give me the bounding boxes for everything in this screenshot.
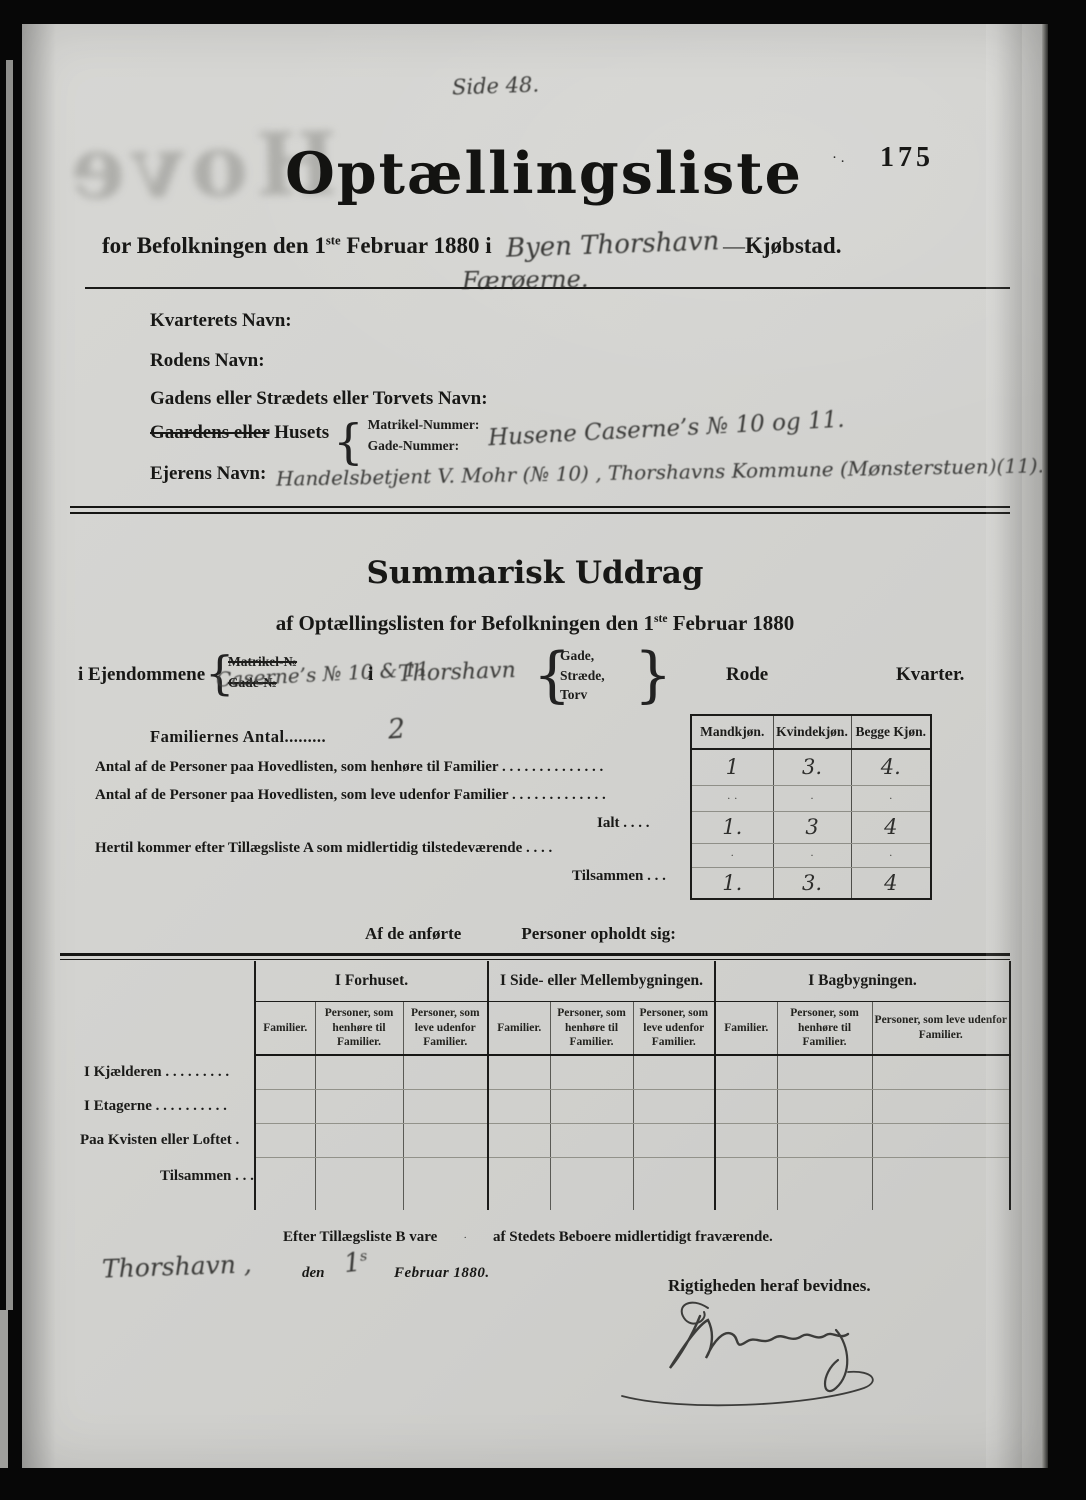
empty-cell xyxy=(777,1195,872,1210)
stamped-page-number: 175 xyxy=(880,142,934,174)
group-mellembygning: I Side- eller Mellembygningen. xyxy=(488,961,715,1002)
empty-cell xyxy=(715,1157,777,1195)
summary-row-udenfor: Antal af de Personer paa Hovedlisten, so… xyxy=(95,787,606,804)
row-label-tilsammen: Tilsammen . . . xyxy=(60,1157,255,1195)
document-page: Hove Side 48. Optællingsliste · . 175 fo… xyxy=(22,24,1048,1468)
residence-line-part2: Personer opholdt sig: xyxy=(521,924,676,943)
empty-cell xyxy=(777,1123,872,1157)
cell-dots: · xyxy=(691,843,773,867)
row-label-kjaelderen: I Kjælderen . . . . . . . . . xyxy=(60,1055,255,1089)
summary-subheading: af Optællingslisten for Befolkningen den… xyxy=(35,611,1035,636)
empty-cell xyxy=(315,1123,403,1157)
familier-count-handwritten: 2 xyxy=(387,713,406,745)
corner-cell xyxy=(60,1195,255,1210)
sub-familier: Familier. xyxy=(488,1002,550,1056)
empty-cell xyxy=(403,1123,488,1157)
empty-cell xyxy=(550,1089,633,1123)
header-rule xyxy=(85,287,1010,289)
field-label-gade: Gadens eller Strædets eller Torvets Navn… xyxy=(150,388,488,410)
cell-dots: · xyxy=(851,785,931,811)
cell-dots: · xyxy=(773,785,851,811)
empty-cell xyxy=(777,1157,872,1195)
field-label-ejer: Ejerens Navn: xyxy=(150,463,266,484)
empty-cell xyxy=(403,1055,488,1089)
option-gade: Gade, xyxy=(560,648,594,663)
tillaeg-b-part2: af Stedets Beboere midlertidigt fraværen… xyxy=(493,1229,773,1245)
totals-table: Mandkjøn. Kvindekjøn. Begge Kjøn. 1 3. 4… xyxy=(690,714,932,900)
totals-row-henhore: 1 3. 4. xyxy=(691,749,931,785)
totals-row-tillaeg-a: · · · xyxy=(691,843,931,867)
empty-cell xyxy=(633,1157,715,1195)
empty-cell xyxy=(715,1195,777,1210)
summary-row-familier: Familiernes Antal......... xyxy=(150,727,326,747)
cell-value: 4. xyxy=(851,749,931,785)
totals-row-tilsammen: 1. 3. 4 xyxy=(691,867,931,899)
empty-cell xyxy=(550,1123,633,1157)
empty-cell xyxy=(255,1123,315,1157)
empty-cell xyxy=(633,1123,715,1157)
subtitle-printed-prefix: for Befolkningen den 1ste Februar 1880 i xyxy=(102,233,492,258)
film-edge-sliver xyxy=(6,60,13,1310)
sub-udenfor: Personer, som leve udenfor Familier. xyxy=(403,1002,488,1056)
cell-value: 1. xyxy=(691,867,773,899)
building-table-top-rule xyxy=(60,953,1010,960)
property-prefix: i Ejendommene xyxy=(78,664,205,686)
sub-familier: Familier. xyxy=(255,1002,315,1056)
empty-cell xyxy=(777,1055,872,1089)
subtitle-line: for Befolkningen den 1ste Februar 1880 i… xyxy=(102,230,1002,260)
page-edge-shadow xyxy=(1042,24,1048,1468)
subtitle-place-handwritten: Byen Thorshavn xyxy=(505,226,719,263)
building-table-group-row: I Forhuset. I Side- eller Mellembygninge… xyxy=(60,961,1010,1002)
cell-value: 3 xyxy=(773,811,851,843)
field-label-rode: Rodens Navn: xyxy=(150,350,265,372)
cell-value: 4 xyxy=(851,811,931,843)
tillaegsliste-b-line: Efter Tillægsliste B vare · af Stedets B… xyxy=(283,1228,773,1246)
totals-row-ialt: 1. 3 4 xyxy=(691,811,931,843)
empty-cell xyxy=(633,1089,715,1123)
tillaeg-b-part1: Efter Tillægsliste B vare xyxy=(283,1229,437,1245)
matrikel-value-handwritten: Husene Caserne’s № 10 og 11. xyxy=(488,407,846,452)
sub-udenfor: Personer, som leve udenfor Familier. xyxy=(633,1002,715,1056)
empty-cell xyxy=(488,1195,550,1210)
empty-cell xyxy=(315,1157,403,1195)
page-number-marks: · . xyxy=(832,150,845,167)
empty-cell xyxy=(315,1055,403,1089)
table-tail-row xyxy=(60,1195,1010,1210)
cell-dots: · · xyxy=(691,785,773,811)
summary-row-ialt: Ialt . . . . xyxy=(597,815,650,832)
row-label-kvisten: Paa Kvisten eller Loftet . xyxy=(60,1123,255,1157)
option-torv: Torv xyxy=(560,687,587,702)
property-i: i xyxy=(368,664,373,686)
section-divider-rule xyxy=(70,506,1010,514)
col-beggekjon: Begge Kjøn. xyxy=(851,715,931,749)
totals-header-row: Mandkjøn. Kvindekjøn. Begge Kjøn. xyxy=(691,715,931,749)
empty-cell xyxy=(550,1195,633,1210)
cell-value: 4 xyxy=(851,867,931,899)
street-options: Gade, Stræde, Torv xyxy=(560,646,605,705)
film-edge-sliver-bottom xyxy=(0,1310,8,1468)
property-town-handwritten: Thorshavn xyxy=(398,658,517,687)
summary-row-henhore: Antal af de Personer paa Hovedlisten, so… xyxy=(95,759,603,776)
date-month-year: Februar 1880. xyxy=(394,1265,490,1282)
empty-cell xyxy=(488,1157,550,1195)
empty-cell xyxy=(633,1055,715,1089)
scanned-census-page: { "scan": { "ghost_bleedthrough_text": "… xyxy=(0,0,1086,1500)
cell-value: 3. xyxy=(773,749,851,785)
date-den: den xyxy=(302,1265,325,1282)
option-straede: Stræde, xyxy=(560,668,605,683)
empty-cell xyxy=(315,1089,403,1123)
empty-cell xyxy=(403,1089,488,1123)
group-forhuset: I Forhuset. xyxy=(255,961,488,1002)
summary-row-tillaeg-a: Hertil kommer efter Tillægsliste A som m… xyxy=(95,840,552,857)
building-table: I Forhuset. I Side- eller Mellembygninge… xyxy=(60,961,1011,1210)
empty-cell xyxy=(255,1055,315,1089)
cell-value: 1 xyxy=(691,749,773,785)
property-kvarter: Kvarter. xyxy=(896,664,964,686)
empty-cell xyxy=(488,1089,550,1123)
row-tilsammen: Tilsammen . . . xyxy=(60,1157,1010,1195)
archive-note-handwritten: Side 48. xyxy=(452,72,540,99)
empty-cell xyxy=(550,1055,633,1089)
totals-row-udenfor: · · · · xyxy=(691,785,931,811)
empty-cell xyxy=(777,1089,872,1123)
col-kvindekjon: Kvindekjøn. xyxy=(773,715,851,749)
corner-cell xyxy=(60,1002,255,1056)
signature-scribble xyxy=(612,1290,932,1420)
property-rode: Rode xyxy=(726,664,768,686)
empty-cell xyxy=(403,1157,488,1195)
sub-familier: Familier. xyxy=(715,1002,777,1056)
empty-cell xyxy=(715,1123,777,1157)
residence-line: Af de anførte Personer opholdt sig: xyxy=(22,924,1048,944)
row-kjaelderen: I Kjælderen . . . . . . . . . xyxy=(60,1055,1010,1089)
subtitle-printed-suffix: Kjøbstad. xyxy=(745,233,842,258)
field-label-gade-nr: Gade-Nummer: xyxy=(368,438,459,453)
row-etagerne: I Etagerne . . . . . . . . . . xyxy=(60,1089,1010,1123)
cell-dots: · xyxy=(851,843,931,867)
cell-dots: · xyxy=(773,843,851,867)
empty-cell xyxy=(488,1123,550,1157)
group-bagbygning: I Bagbygningen. xyxy=(715,961,1010,1002)
sub-henhore: Personer, som henhøre til Familier. xyxy=(315,1002,403,1056)
scan-streak xyxy=(986,24,1022,1468)
empty-cell xyxy=(550,1157,633,1195)
empty-cell xyxy=(633,1195,715,1210)
summary-heading: Summarisk Uddrag xyxy=(35,555,1035,591)
cell-value: 3. xyxy=(773,867,851,899)
strike-dash: — xyxy=(723,233,745,258)
region-handwritten: Færøerne. xyxy=(462,265,589,295)
matrikel-gade-labels: Matrikel-Nummer: Gade-Nummer: xyxy=(368,415,480,457)
building-table-subheader-row: Familier. Personer, som henhøre til Fami… xyxy=(60,1002,1010,1056)
date-day-handwritten: 1s xyxy=(342,1247,369,1279)
row-label-etagerne: I Etagerne . . . . . . . . . . xyxy=(60,1089,255,1123)
residence-line-part1: Af de anførte xyxy=(365,924,461,943)
summary-row-tilsammen: Tilsammen . . . xyxy=(572,868,666,885)
empty-cell xyxy=(315,1195,403,1210)
empty-cell xyxy=(715,1089,777,1123)
field-ejer-row: Ejerens Navn: Handelsbetjent V. Mohr (№ … xyxy=(150,460,1044,485)
sub-henhore: Personer, som henhøre til Familier. xyxy=(550,1002,633,1056)
corner-cell xyxy=(60,961,255,1002)
field-label-gaard: Gaardens eller Husets xyxy=(150,422,329,443)
empty-cell xyxy=(255,1089,315,1123)
sub-henhore: Personer, som henhøre til Familier. xyxy=(777,1002,872,1056)
field-label-matrikel-nr: Matrikel-Nummer: xyxy=(368,417,480,432)
empty-cell xyxy=(403,1195,488,1210)
cell-value: 1. xyxy=(691,811,773,843)
property-line: i Ejendommene { Matrikel-№ Gade-№ Casern… xyxy=(78,648,1010,712)
brace-street-right: { xyxy=(634,640,672,710)
date-place-handwritten: Thorshavn , xyxy=(102,1249,253,1283)
row-kvisten: Paa Kvisten eller Loftet . xyxy=(60,1123,1010,1157)
tillaeg-b-dot: · xyxy=(463,1232,467,1244)
empty-cell xyxy=(715,1055,777,1089)
col-mandkjon: Mandkjøn. xyxy=(691,715,773,749)
empty-cell xyxy=(255,1157,315,1195)
field-label-kvarter: Kvarterets Navn: xyxy=(150,310,292,332)
empty-cell xyxy=(255,1195,315,1210)
empty-cell xyxy=(488,1055,550,1089)
